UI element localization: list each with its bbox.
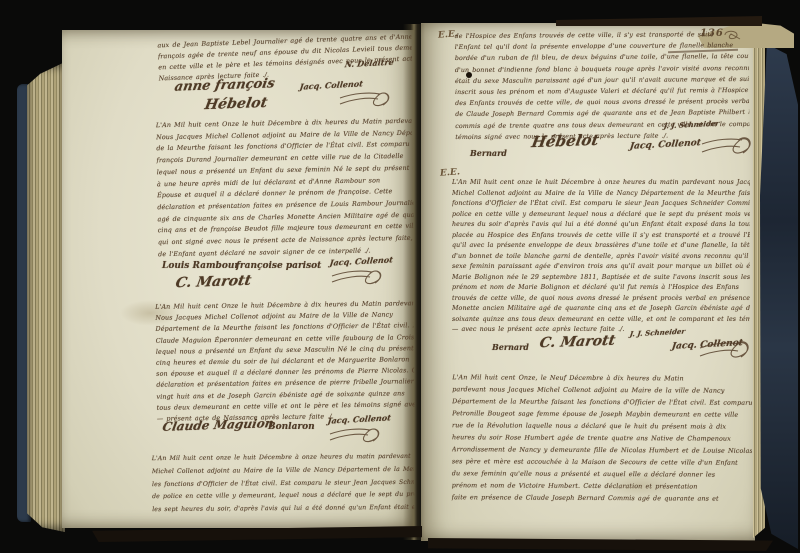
manuscript-line: Monette ancien Militaire agé de quarante… [452,304,750,315]
paraph-flourish [328,420,386,452]
signature-francoise-parisot: françoise parisot [236,261,321,271]
manuscript-line: trouvés de cette ville, de quoi nous avo… [452,294,750,305]
manuscript-line: d'un bonnet de toile blanche garni de de… [452,252,750,263]
left-act-schneider-expose: L'An Mil huit cent onze le huit Décembre… [152,451,415,517]
paraph-flourish [698,332,756,368]
manuscript-line: qu'il avec la présente enveloppe de deux… [452,241,750,252]
manuscript-line: Marie Bolignon née le 29 septembre 1811,… [452,273,750,284]
manuscript-line: heures du soir d'après l'avis qui lui a … [452,220,750,231]
manuscript-line: soixante quinze ans tous deux demeurant … [452,315,750,326]
signature-bernard: Bernard [492,342,529,352]
left-act-durand: L'An Mil huit cent Onze le huit Décembre… [156,116,414,261]
manuscript-line: faite en présence de Claude Joseph Berna… [452,491,752,505]
board-edge-top-right [556,16,762,26]
signature-marott: C. Marott [538,333,616,352]
signature-bernard: Bernard [470,148,507,158]
manuscript-line: fonctions d'Officier de l'État civil. Es… [452,199,750,210]
signature-hebelot: Hébelot [203,95,268,113]
manuscript-line: Michel Collenot adjoint au Maire de la V… [452,189,750,200]
book-scan-photo: aux de Jean Baptiste Lebel Journalier ag… [0,0,800,553]
manuscript-line: placée au Hospice des Enfans trouvés de … [452,231,750,242]
signature-marott: C. Marott [174,273,252,292]
page-block-left-edges [27,62,65,532]
manuscript-line: les sept heures du soir, d'après l'avis … [152,502,414,517]
right-act-bolignon: L'An Mil huit cent onze le huit Décembre… [452,178,750,336]
manuscript-line: prénom et nom de Marie Bolignon et décla… [452,283,750,294]
signature-bonlaron: Bonlaron [268,422,315,432]
right-act-humbert: L'An Mil huit cent Onze, le Neuf Décembr… [452,371,753,505]
signature-louis-rambour: Louis Rambour [162,261,239,271]
left-act-maguion: L'An Mil huit cent Onze le huit Décembre… [155,298,415,425]
paraph-flourish [700,128,758,164]
margin-mark-2: E.E. [440,167,461,178]
signature-hebelot: Hébelot [530,131,600,151]
paraph-flourish [330,262,388,294]
book-cover-right-edge [760,44,798,549]
paraph-flourish [338,84,396,116]
board-edge-bottom-left [92,526,422,542]
manuscript-line: L'An Mil huit cent onze le huit Décembre… [452,178,750,189]
manuscript-line: police en cette ville y demeurant lequel… [452,210,750,221]
manuscript-line: sexe feminin paraissant agée d'environ t… [452,262,750,273]
